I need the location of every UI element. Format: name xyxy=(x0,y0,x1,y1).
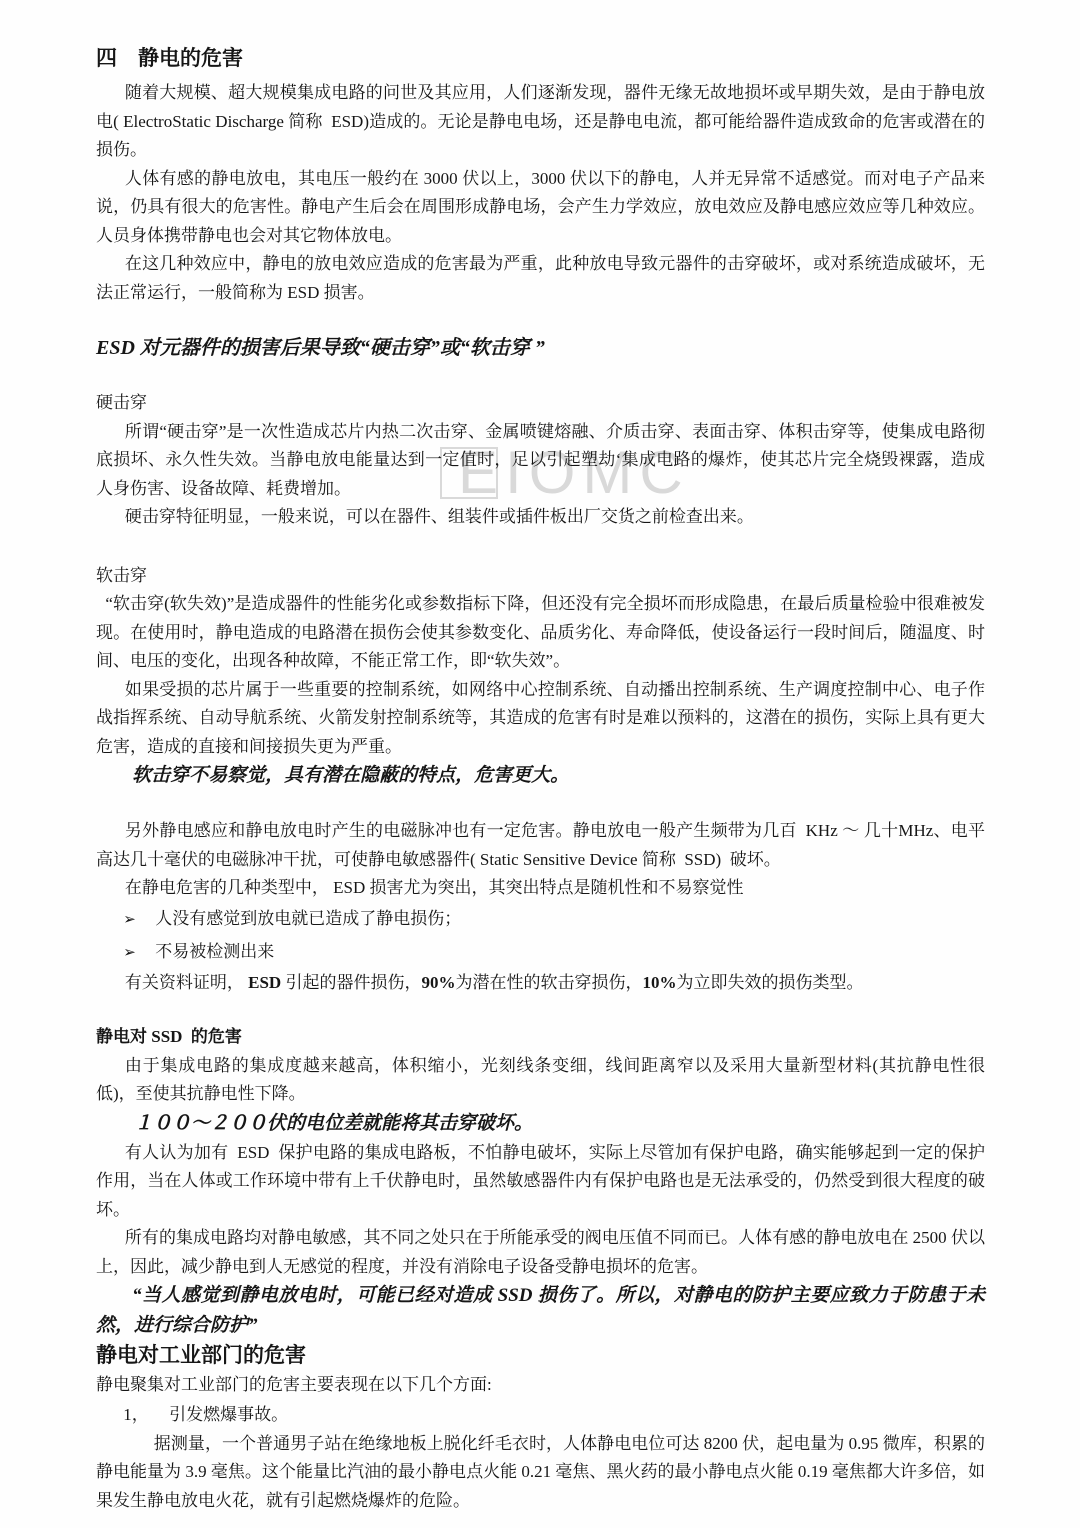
text-run: 如果受损的芯片属于一些重要的控制系统，如网络中心控制系统、自动播出控制系统、生产… xyxy=(96,680,985,756)
text-run: 硬击穿特征明显，一般来说，可以在器件、组装件或插件板出厂交货之前检查出来。 xyxy=(125,507,754,526)
paragraph: 在这几种效应中，静电的放电效应造成的危害最为严重，此种放电导致元器件的击穿破坏，… xyxy=(96,250,985,307)
text-run: ESD 对元器件的损害后果导致“硬击穿”或“软击穿 ” xyxy=(96,337,545,359)
subheading-hard-breakdown: 硬击穿 xyxy=(96,389,985,418)
emphasis-voltage: １００～２００伏的电位差就能将其击穿破坏。 xyxy=(96,1109,985,1139)
text-run: 人没有感觉到放电就已造成了静电损伤； xyxy=(155,909,461,928)
subheading-soft-breakdown: 软击穿 xyxy=(96,562,985,591)
paragraph: 如果受损的芯片属于一些重要的控制系统，如网络中心控制系统、自动播出控制系统、生产… xyxy=(96,676,985,762)
text-run: 静电对工业部门的危害 xyxy=(96,1344,306,1367)
text-run: “当人感觉到静电放电时，可能已经对造成 SSD 损伤了。所以，对静电的防护主要应… xyxy=(96,1285,985,1336)
bullet-item: ➢人没有感觉到放电就已造成了静电损伤； xyxy=(96,903,985,936)
text-run: 在静电危害的几种类型中， ESD 损害尤为突出，其突出特点是随机性和不易察觉性 xyxy=(125,878,744,897)
text-run: 另外静电感应和静电放电时产生的电磁脉冲也有一定危害。静电放电一般产生频带为几百 … xyxy=(96,821,985,869)
paragraph: 随着大规模、超大规模集成电路的问世及其应用，人们逐渐发现，器件无缘无故地损坏或早… xyxy=(96,79,985,165)
text-run: 人体有感的静电放电，其电压一般约在 3000 伏以上，3000 伏以下的静电，人… xyxy=(96,169,985,245)
paragraph: 静电聚集对工业部门的危害主要表现在以下几个方面: xyxy=(96,1371,985,1400)
text-run: １００～２００伏的电位差就能将其击穿破坏。 xyxy=(134,1113,533,1134)
paragraph-statistics: 有关资料证明， ESD 引起的器件损伤，90%为潜在性的软击穿损伤，10%为立即… xyxy=(96,969,985,998)
text-run: 引发燃爆事故。 xyxy=(169,1405,288,1424)
section-heading-industry: 静电对工业部门的危害 xyxy=(96,1341,985,1371)
text-run: “软击穿(软失效)”是造成器件的性能劣化或参数指标下降，但还没有完全损坏而形成隐… xyxy=(96,594,985,670)
text-run: 所有的集成电路均对静电敏感，其不同之处只在于所能承受的阀电压值不同而已。人体有感… xyxy=(96,1228,985,1276)
text-run: 不易被检测出来 xyxy=(155,942,274,961)
paragraph: 所有的集成电路均对静电敏感，其不同之处只在于所能承受的阀电压值不同而已。人体有感… xyxy=(96,1224,985,1281)
text-run: 随着大规模、超大规模集成电路的问世及其应用，人们逐渐发现，器件无缘无故地损坏或早… xyxy=(96,83,985,159)
paragraph: 另外静电感应和静电放电时产生的电磁脉冲也有一定危害。静电放电一般产生频带为几百 … xyxy=(96,817,985,874)
text-run: 有人认为加有 ESD 保护电路的集成电路板，不怕静电破坏，实际上尽管加有保护电路… xyxy=(96,1143,985,1219)
document-body: 四 静电的危害随着大规模、超大规模集成电路的问世及其应用，人们逐渐发现，器件无缘… xyxy=(96,44,985,1515)
section-heading-esd-damage: ESD 对元器件的损害后果导致“硬击穿”或“软击穿 ” xyxy=(96,333,985,363)
paragraph: “软击穿(软失效)”是造成器件的性能劣化或参数指标下降，但还没有完全损坏而形成隐… xyxy=(96,590,985,676)
paragraph: 硬击穿特征明显，一般来说，可以在器件、组装件或插件板出厂交货之前检查出来。 xyxy=(96,503,985,532)
text-run: 在这几种效应中，静电的放电效应造成的危害最为严重，此种放电导致元器件的击穿破坏，… xyxy=(96,254,985,302)
list-number: 1， xyxy=(123,1405,149,1424)
subheading-ssd-hazard: 静电对 SSD 的危害 xyxy=(96,1023,985,1052)
text-run: 硬击穿 xyxy=(96,393,147,412)
text-run: 静电对 SSD 的危害 xyxy=(96,1027,242,1046)
text-run: 据测量，一个普通男子站在绝缘地板上脱化纤毛衣时，人体静电电位可达 8200 伏，… xyxy=(96,1434,985,1510)
text-run: 引起的器件损伤， xyxy=(281,973,421,992)
document-page: EIOMC 四 静电的危害随着大规模、超大规模集成电路的问世及其应用，人们逐渐发… xyxy=(0,0,1080,1528)
paragraph: 所谓“硬击穿”是一次性造成芯片内热二次击穿、金属喷键熔融、介质击穿、表面击穿、体… xyxy=(96,418,985,504)
numbered-item: 1，引发燃爆事故。 xyxy=(96,1400,985,1430)
text-run: 有关资料证明， xyxy=(125,973,248,992)
text-run: 软击穿不易察觉，具有潜在隐蔽的特点，危害更大。 xyxy=(132,765,569,786)
text-run: 由于集成电路的集成度越来越高，体积缩小，光刻线条变细，线间距离窄以及采用大量新型… xyxy=(96,1056,985,1104)
text-run: 为立即失效的损伤类型。 xyxy=(676,973,863,992)
text-run: 所谓“硬击穿”是一次性造成芯片内热二次击穿、金属喷键熔融、介质击穿、表面击穿、体… xyxy=(96,422,985,498)
text-run: ESD xyxy=(248,973,281,992)
chapter-title: 四 静电的危害 xyxy=(96,44,985,74)
text-run: 10% xyxy=(642,973,676,992)
text-run: 四 静电的危害 xyxy=(96,47,243,70)
paragraph: 由于集成电路的集成度越来越高，体积缩小，光刻线条变细，线间距离窄以及采用大量新型… xyxy=(96,1052,985,1109)
emphasis-soft-breakdown: 软击穿不易察觉，具有潜在隐蔽的特点，危害更大。 xyxy=(96,761,985,791)
paragraph: 人体有感的静电放电，其电压一般约在 3000 伏以上，3000 伏以下的静电，人… xyxy=(96,165,985,251)
bullet-arrow-icon: ➢ xyxy=(123,912,136,928)
paragraph: 据测量，一个普通男子站在绝缘地板上脱化纤毛衣时，人体静电电位可达 8200 伏，… xyxy=(96,1430,985,1516)
bullet-item: ➢不易被检测出来 xyxy=(96,936,985,969)
quote-warning: “当人感觉到静电放电时，可能已经对造成 SSD 损伤了。所以，对静电的防护主要应… xyxy=(96,1281,985,1341)
paragraph: 在静电危害的几种类型中， ESD 损害尤为突出，其突出特点是随机性和不易察觉性 xyxy=(96,874,985,903)
text-run: 为潜在性的软击穿损伤， xyxy=(455,973,642,992)
paragraph: 有人认为加有 ESD 保护电路的集成电路板，不怕静电破坏，实际上尽管加有保护电路… xyxy=(96,1139,985,1225)
text-run: 90% xyxy=(421,973,455,992)
text-run: 软击穿 xyxy=(96,566,147,585)
text-run: 静电聚集对工业部门的危害主要表现在以下几个方面: xyxy=(96,1375,492,1394)
bullet-arrow-icon: ➢ xyxy=(123,945,136,961)
